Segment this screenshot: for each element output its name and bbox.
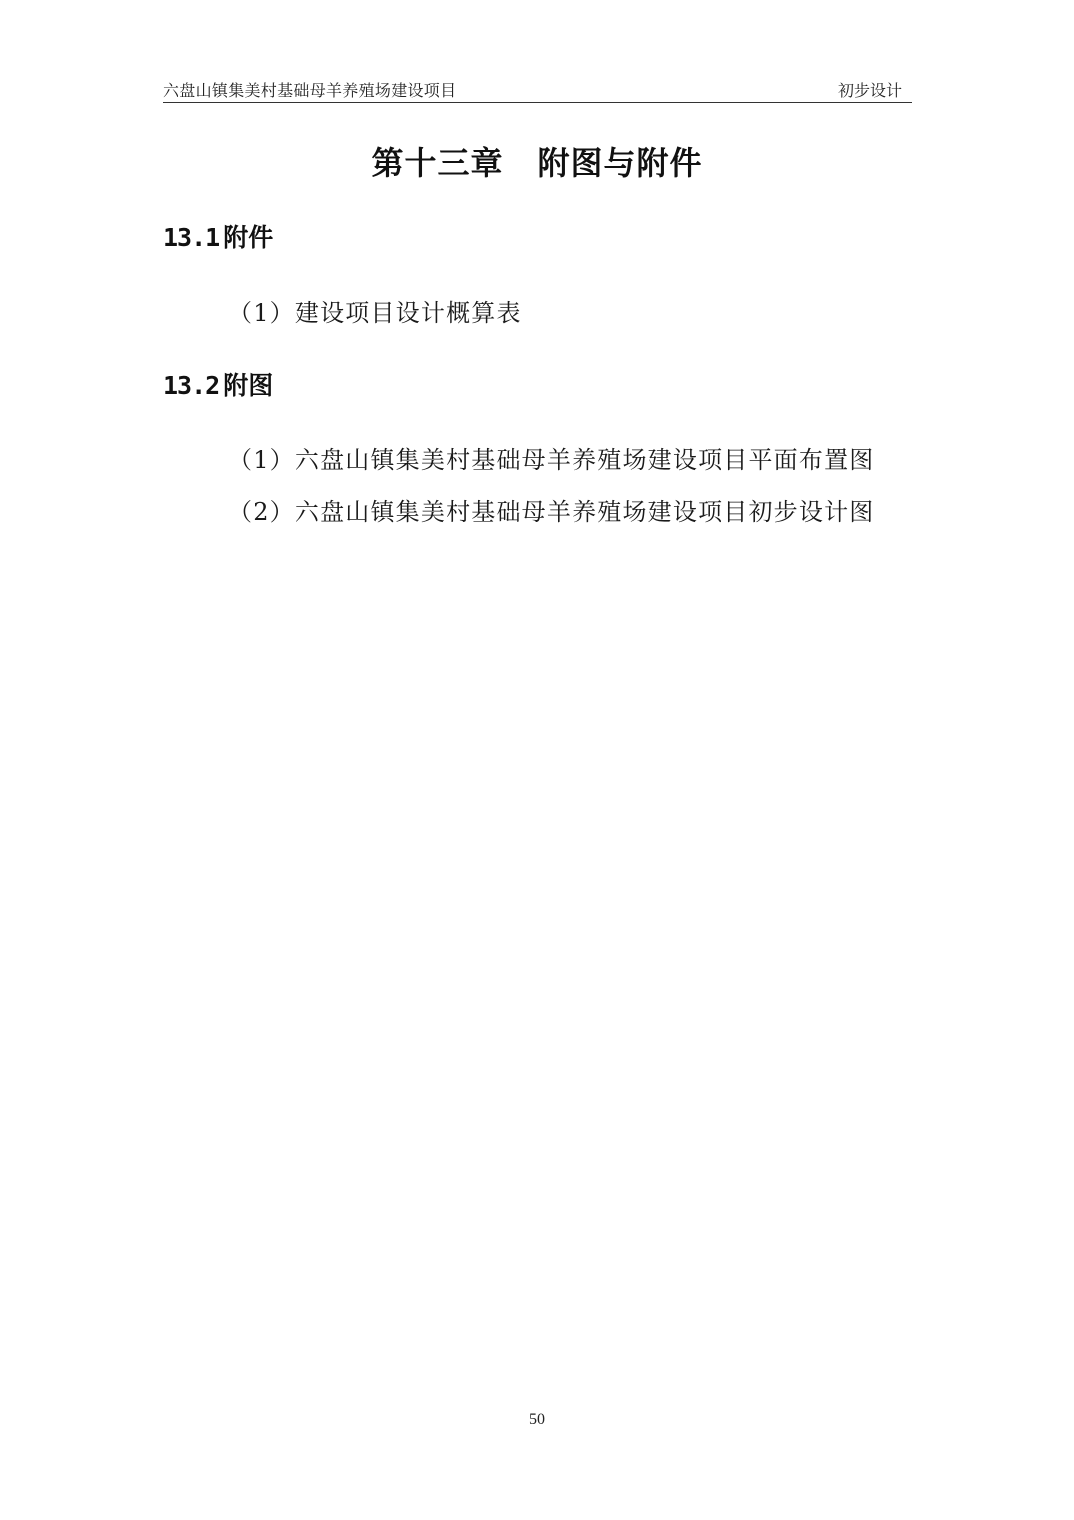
figure-item-2: （2）六盘山镇集美村基础母羊养殖场建设项目初步设计图 [228,492,874,527]
chapter-name: 附图与附件 [538,144,703,182]
section-title: 附件 [223,223,273,252]
page-number: 50 [0,1411,1074,1429]
section-number: 13.2 [163,371,219,400]
item-text: 六盘山镇集美村基础母羊养殖场建设项目初步设计图 [295,498,875,526]
chapter-title: 第十三章附图与附件 [0,138,1074,184]
section-title: 附图 [223,371,273,400]
running-header: 六盘山镇集美村基础母羊养殖场建设项目 初步设计 [163,78,912,103]
item-marker: （1） [228,299,295,327]
item-marker: （1） [228,446,295,474]
header-doc-stage: 初步设计 [838,78,902,101]
chapter-number: 第十三章 [371,144,503,182]
figure-item-1: （1）六盘山镇集美村基础母羊养殖场建设项目平面布置图 [228,440,874,475]
item-text: 六盘山镇集美村基础母羊养殖场建设项目平面布置图 [295,446,875,474]
document-page: 六盘山镇集美村基础母羊养殖场建设项目 初步设计 第十三章附图与附件 13.1附件… [0,0,1074,1520]
section-number: 13.1 [163,223,219,252]
item-text: 建设项目设计概算表 [295,299,522,327]
attachment-item-1: （1）建设项目设计概算表 [228,293,522,328]
header-project-title: 六盘山镇集美村基础母羊养殖场建设项目 [163,78,456,101]
item-marker: （2） [228,498,295,526]
section-heading-13-1: 13.1附件 [163,218,273,254]
section-heading-13-2: 13.2附图 [163,366,273,402]
